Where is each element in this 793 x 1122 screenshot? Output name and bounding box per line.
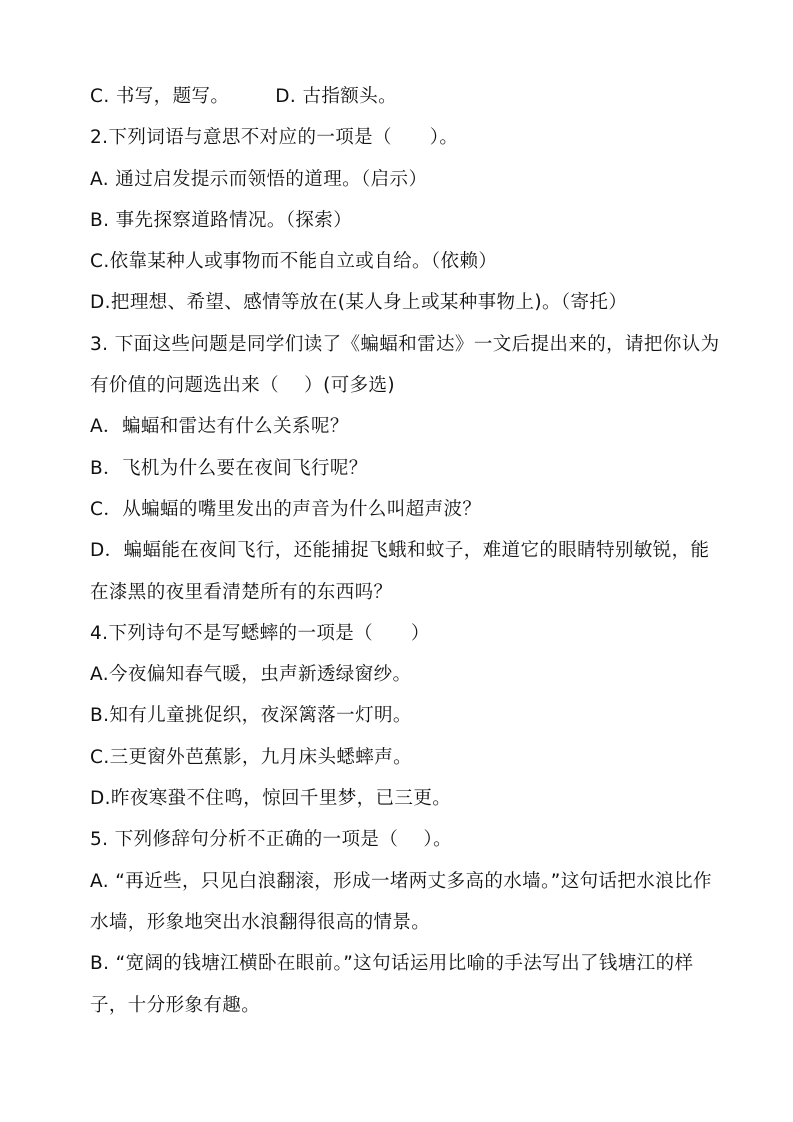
q4-option-d: D.昨夜寒蛩不住鸣，惊回千里梦，已三更。 — [90, 786, 710, 827]
q4-stem: 4.下列诗句不是写蟋蟀的一项是（ ） — [90, 621, 710, 662]
q1-options-cd: C. 书写，题写。D. 古指额头。 — [90, 84, 710, 125]
q1-option-c: C. 书写，题写。 — [90, 86, 229, 107]
q2-option-d: D.把理想、希望、感情等放在(某人身上或某种事物上)。（寄托） — [90, 290, 710, 331]
document-page: C. 书写，题写。D. 古指额头。 2.下列词语与意思不对应的一项是（ ）。 A… — [90, 84, 710, 1034]
q2-option-c: C.依靠某种人或事物而不能自立或自给。（依赖） — [90, 249, 710, 290]
q3-option-d-line-1: D．蝙蝠能在夜间飞行，还能捕捉飞蛾和蚊子，难道它的眼睛特别敏锐，能 — [90, 538, 710, 579]
q4-option-c: C.三更窗外芭蕉影，九月床头蟋蟀声。 — [90, 745, 710, 786]
q2-stem: 2.下列词语与意思不对应的一项是（ ）。 — [90, 125, 710, 166]
q1-option-d: D. 古指额头。 — [275, 86, 397, 107]
q2-option-b: B. 事先探察道路情况。（探索） — [90, 208, 710, 249]
q5-stem: 5. 下列修辞句分析不正确的一项是（ ）。 — [90, 827, 710, 868]
q3-stem-line-2: 有价值的问题选出来（ ）(可多选) — [90, 373, 710, 414]
q4-option-b: B.知有儿童挑促织，夜深篱落一灯明。 — [90, 703, 710, 744]
q4-option-a: A.今夜偏知春气暖，虫声新透绿窗纱。 — [90, 662, 710, 703]
q5-option-b-line-1: B. “宽阔的钱塘江横卧在眼前。”这句话运用比喻的手法写出了钱塘江的样 — [90, 951, 710, 992]
q3-option-b: B．飞机为什么要在夜间飞行呢？ — [90, 456, 710, 497]
q3-stem-line-1: 3. 下面这些问题是同学们读了《蝙蝠和雷达》一文后提出来的，请把你认为 — [90, 332, 710, 373]
q5-option-a-line-2: 水墙，形象地突出水浪翻得很高的情景。 — [90, 910, 710, 951]
q2-option-a: A. 通过启发提示而领悟的道理。（启示） — [90, 167, 710, 208]
q5-option-b-line-2: 子，十分形象有趣。 — [90, 993, 710, 1034]
q3-option-c: C．从蝙蝠的嘴里发出的声音为什么叫超声波？ — [90, 497, 710, 538]
q3-option-d-line-2: 在漆黑的夜里看清楚所有的东西吗？ — [90, 580, 710, 621]
q5-option-a-line-1: A. “再近些，只见白浪翻滚，形成一堵两丈多高的水墙。”这句话把水浪比作 — [90, 869, 710, 910]
q3-option-a: A．蝙蝠和雷达有什么关系呢？ — [90, 414, 710, 455]
